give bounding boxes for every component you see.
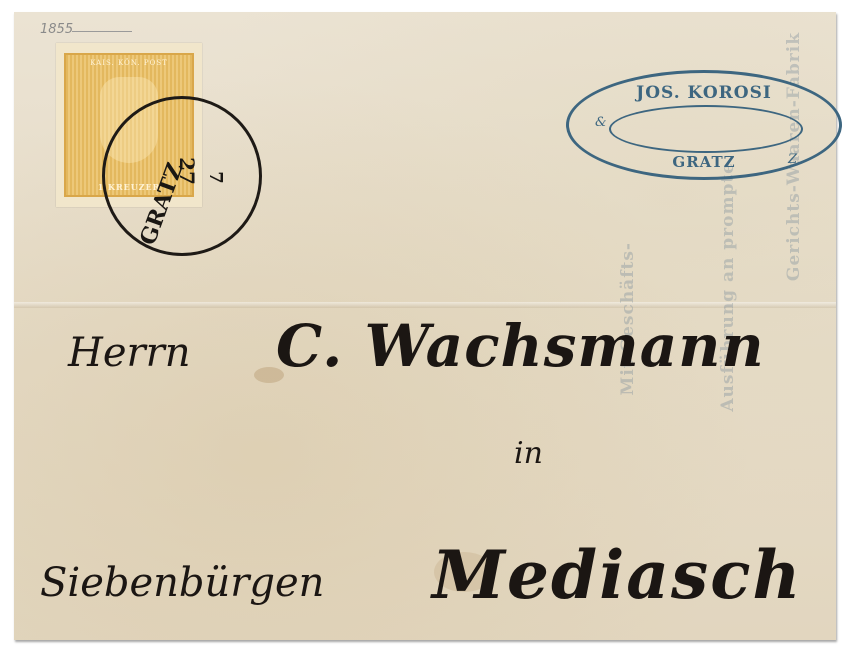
address-recipient: C. Wachsmann xyxy=(276,312,765,380)
sender-cachet: JOS. KOROSI GRATZ & Z xyxy=(566,70,842,180)
cachet-ornament-right: Z xyxy=(788,152,797,167)
pencil-underline xyxy=(72,31,132,32)
postmark-month: 7 xyxy=(205,171,226,184)
address-region: Siebenbürgen xyxy=(40,560,324,606)
cachet-name: JOS. KOROSI xyxy=(569,83,839,103)
fold-crease xyxy=(14,302,836,308)
cachet-inner-oval xyxy=(609,105,803,153)
address-preposition: in xyxy=(514,436,543,471)
postmark-day: 27 xyxy=(175,157,199,185)
cachet-town: GRATZ xyxy=(569,153,839,171)
letter-cover: 1855 Mit Geschäfts- Ausführung an prompt… xyxy=(14,12,836,640)
cachet-ornament-left: & xyxy=(595,115,607,130)
postmark-cancel: GRATZ 27 7 xyxy=(102,96,262,256)
address-city: Mediasch xyxy=(432,536,802,614)
address-salutation: Herrn xyxy=(68,330,191,376)
pencil-year-note: 1855 xyxy=(40,22,73,37)
stamp-top-text: KAIS. KÖN. POST xyxy=(66,59,192,67)
